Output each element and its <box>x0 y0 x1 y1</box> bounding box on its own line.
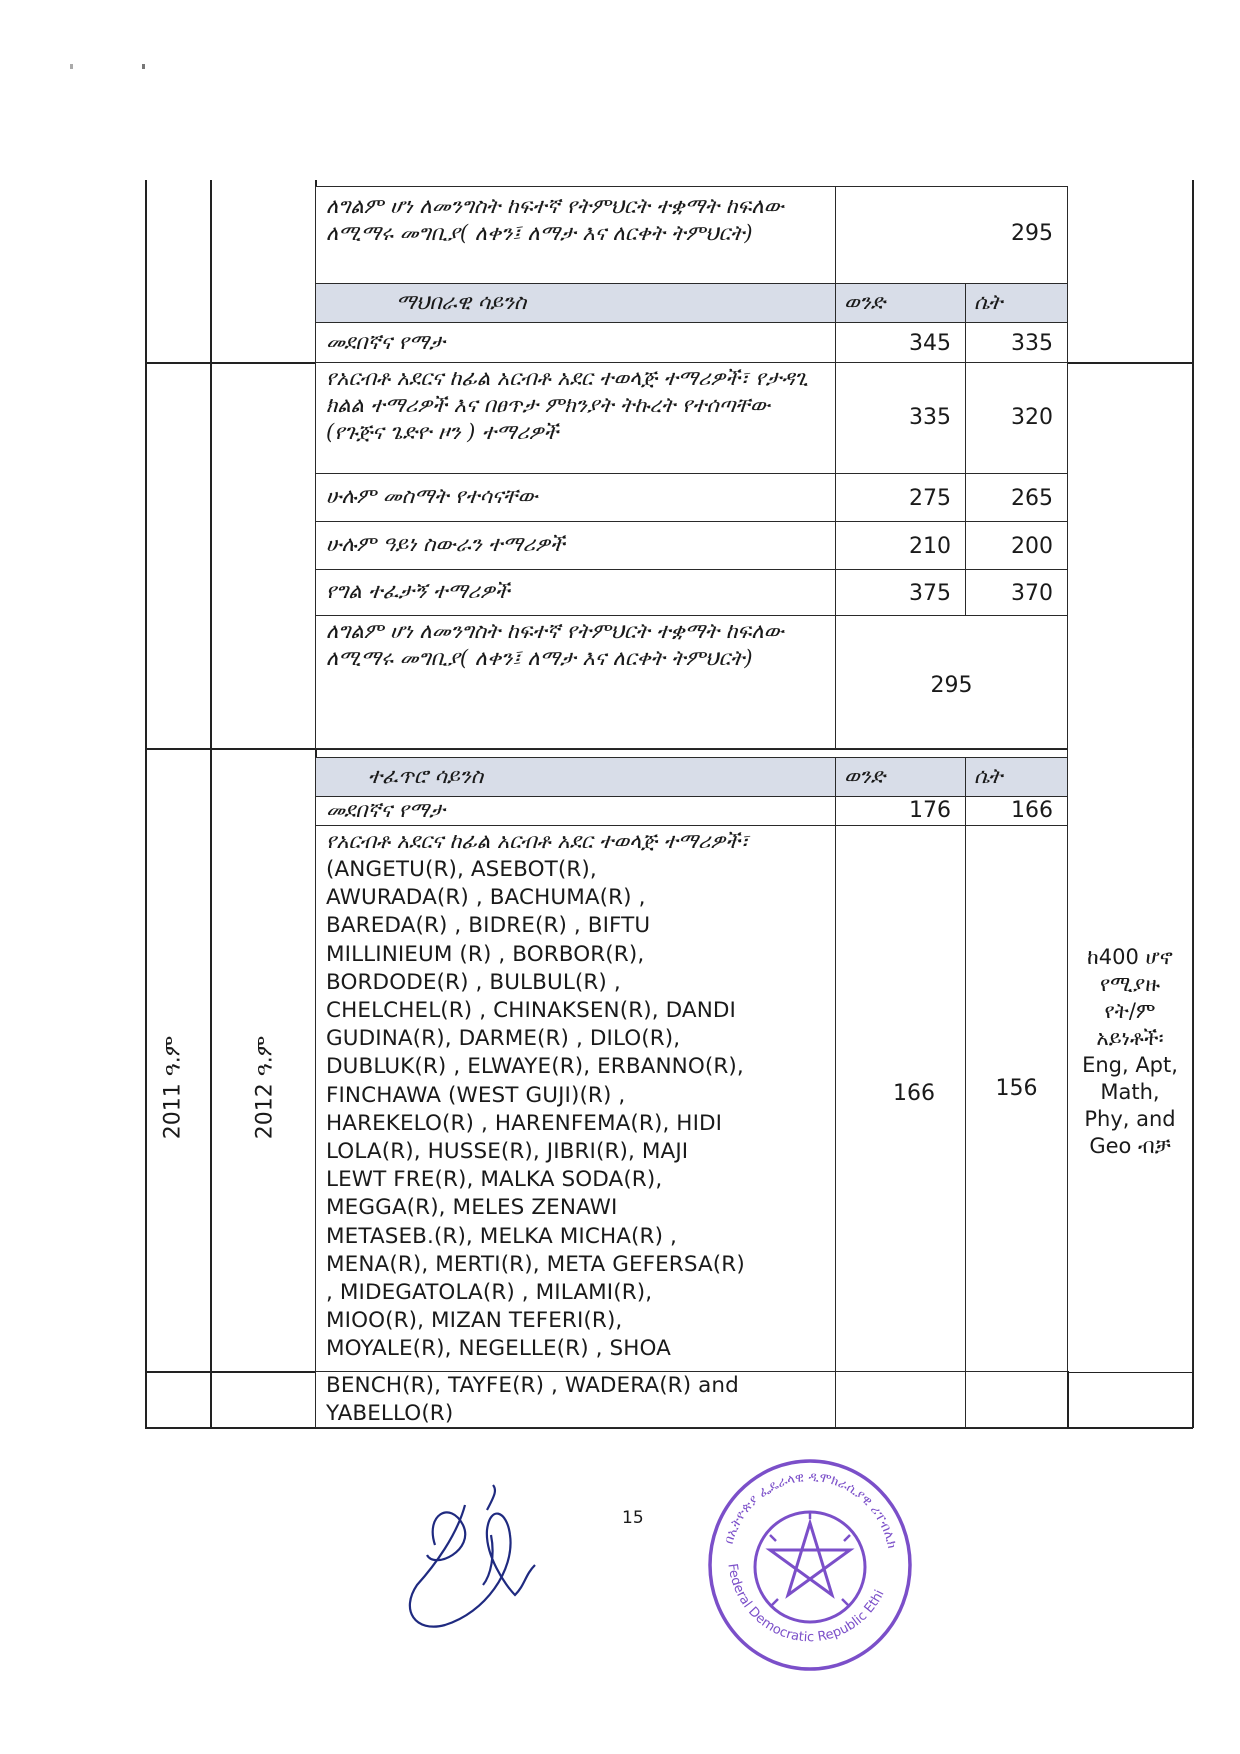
table-cell-male: 375 <box>835 569 966 616</box>
row-label: የአርብቶ አደርና ከፊል አርብቶ አደር ተወላጅ ተማሪዎች፣ የታዳጊ… <box>326 365 831 446</box>
section-title: ማህበራዊ ሳይንስ <box>396 289 526 316</box>
row-label: የግል ተፈታኝ ተማሪዎች <box>326 578 510 605</box>
table-row-label: መደበኛና የማታ <box>315 322 837 363</box>
col-male-label: ወንድ <box>844 763 885 790</box>
table-cell-male: 275 <box>835 473 966 522</box>
table-row-label: የግል ተፈታኝ ተማሪዎች <box>315 569 837 616</box>
list-line: HAREKELO(R) , HARENFEMA(R), HIDI <box>326 1110 836 1138</box>
list-line: Geo ብቻ <box>1068 1133 1192 1160</box>
table-border-left <box>145 180 147 1428</box>
list-line: ከ400 ሆኖ <box>1068 944 1192 971</box>
private-public-value: 295 <box>836 673 1067 698</box>
pastoral-label: የአርብቶ አደርና ከፊል አርብቶ አደር ተወላጅ ተማሪዎች፣ <box>326 828 831 855</box>
female-value: 320 <box>1011 405 1053 430</box>
table-row-label: መደበኛና የማታ <box>315 796 837 826</box>
list-line: Eng, Apt, <box>1068 1052 1192 1079</box>
row-label: መደበኛና የማታ <box>326 797 445 824</box>
male-value: 166 <box>893 1081 935 1106</box>
table-cell-male-empty <box>835 1371 966 1428</box>
table-cell-male: 210 <box>835 521 966 570</box>
list-line: MEGGA(R), MELES ZENAWI <box>326 1194 836 1222</box>
table-cell-female-empty <box>965 1371 1068 1428</box>
pastoral-schools-list-continued: BENCH(R), TAYFE(R) , WADERA(R) andYABELL… <box>326 1372 836 1428</box>
table-row-label: የአርብቶ አደርና ከፊል አርብቶ አደር ተወላጅ ተማሪዎች፣ የታዳጊ… <box>315 362 837 474</box>
female-value: 200 <box>1011 534 1053 559</box>
list-line: የት/ም <box>1068 998 1192 1025</box>
table-divider <box>1067 1371 1069 1428</box>
list-line: LEWT FRE(R), MALKA SODA(R), <box>326 1166 836 1194</box>
list-line: , MIDEGATOLA(R) , MILAMI(R), <box>326 1279 836 1307</box>
signature-icon <box>395 1475 575 1640</box>
row-label: ሁሉም ዓይነ ስውራን ተማሪዎች <box>326 531 565 558</box>
pastoral-schools-cell: የአርብቶ አደርና ከፊል አርብቶ አደር ተወላጅ ተማሪዎች፣ (ANG… <box>315 825 837 1372</box>
private-public-label-cell: ለግልም ሆነ ለመንግስት ከፍተኛ የትምህርት ተቋማት ከፍለው ለሚማ… <box>315 186 837 284</box>
table-row-label: ሁሉም መስማት የተሳናቸው <box>315 473 837 522</box>
male-value: 275 <box>909 486 951 511</box>
year-label-2011: 2011 ዓ.ም <box>161 1033 186 1143</box>
male-value: 375 <box>909 581 951 606</box>
male-value: 345 <box>909 331 951 356</box>
private-public-value: 295 <box>1011 221 1053 246</box>
row-label: መደበኛና የማታ <box>326 329 445 356</box>
section-header-social-science: ማህበራዊ ሳይንስ <box>315 283 837 323</box>
private-public-value-cell: 295 <box>835 615 1068 749</box>
list-line: CHELCHEL(R) , CHINAKSEN(R), DANDI <box>326 997 836 1025</box>
list-line: Phy, and <box>1068 1106 1192 1133</box>
table-cell-male: 176 <box>835 796 966 826</box>
female-value: 156 <box>966 1076 1067 1101</box>
list-line: MIOO(R), MIZAN TEFERI(R), <box>326 1307 836 1335</box>
private-public-value-cell: 295 <box>835 186 1068 284</box>
list-line: FINCHAWA (WEST GUJI)(R) , <box>326 1082 836 1110</box>
list-line: LOLA(R), HUSSE(R), JIBRI(R), MAJI <box>326 1138 836 1166</box>
list-line: አይነቶች፡ <box>1068 1025 1192 1052</box>
list-line: MENA(R), MERTI(R), META GEFERSA(R) <box>326 1251 836 1279</box>
list-line: DUBLUK(R) , ELWAYE(R), ERBANNO(R), <box>326 1053 836 1081</box>
list-line: Math, <box>1068 1079 1192 1106</box>
col-header-male: ወንድ <box>835 283 966 323</box>
male-value: 210 <box>909 534 951 559</box>
col-male-label: ወንድ <box>844 289 885 316</box>
table-cell-female: 166 <box>965 796 1068 826</box>
remark-text: ከ400 ሆኖየሚያዙየት/ምአይነቶች፡Eng, Apt,Math,Phy, … <box>1068 944 1192 1160</box>
female-value: 335 <box>1011 331 1053 356</box>
table-cell-female: 370 <box>965 569 1068 616</box>
list-line: METASEB.(R), MELKA MICHA(R) , <box>326 1223 836 1251</box>
col-female-label: ሴት <box>974 763 1002 790</box>
list-line: MILLINIEUM (R) , BORBOR(R), <box>326 941 836 969</box>
table-cell-female: 335 <box>965 322 1068 363</box>
list-line: GUDINA(R), DARME(R) , DILO(R), <box>326 1025 836 1053</box>
year-label-2012: 2012 ዓ.ም <box>253 1033 278 1143</box>
pastoral-schools-list: (ANGETU(R), ASEBOT(R),AWURADA(R) , BACHU… <box>326 856 836 1364</box>
page-number: 15 <box>622 1508 644 1528</box>
private-public-label-cell: ለግልም ሆነ ለመንግስት ከፍተኛ የትምህርት ተቋማት ከፍለው ለሚማ… <box>315 615 837 749</box>
scan-mark <box>70 64 73 69</box>
private-public-label: ለግልም ሆነ ለመንግስት ከፍተኛ የትምህርት ተቋማት ከፍለው ለሚማ… <box>326 193 826 247</box>
table-cell-male: 166 <box>835 825 966 1372</box>
col-header-male: ወንድ <box>835 757 966 797</box>
pastoral-schools-continued-cell: BENCH(R), TAYFE(R) , WADERA(R) andYABELL… <box>315 1371 837 1428</box>
section-header-natural-science: ተፈጥሮ ሳይንስ <box>315 757 837 797</box>
list-line: AWURADA(R) , BACHUMA(R) , <box>326 884 836 912</box>
section-title: ተፈጥሮ ሳይንስ <box>368 763 483 790</box>
list-line: YABELLO(R) <box>326 1400 836 1428</box>
male-value: 335 <box>909 405 951 430</box>
list-line: (ANGETU(R), ASEBOT(R), <box>326 856 836 884</box>
table-cell-male: 345 <box>835 322 966 363</box>
female-value: 166 <box>1011 798 1053 823</box>
ministry-stamp-icon: በኢትዮጵያ ፌዴራላዊ ዲሞክራሲያዊ ሪፐብሊክ Federal Democ… <box>700 1455 920 1675</box>
list-line: የሚያዙ <box>1068 971 1192 998</box>
table-cell-female: 200 <box>965 521 1068 570</box>
col-female-label: ሴት <box>974 289 1002 316</box>
table-cell-female: 156 <box>965 825 1068 1372</box>
female-value: 265 <box>1011 486 1053 511</box>
table-border-year-divider <box>210 180 212 1428</box>
table-row-label: ሁሉም ዓይነ ስውራን ተማሪዎች <box>315 521 837 570</box>
list-line: BORDODE(R) , BULBUL(R) , <box>326 969 836 997</box>
col-header-female: ሴት <box>965 757 1068 797</box>
list-line: BENCH(R), TAYFE(R) , WADERA(R) and <box>326 1372 836 1400</box>
table-cell-female: 265 <box>965 473 1068 522</box>
male-value: 176 <box>909 798 951 823</box>
table-cell-male: 335 <box>835 362 966 474</box>
female-value: 370 <box>1011 581 1053 606</box>
list-line: MOYALE(R), NEGELLE(R) , SHOA <box>326 1335 836 1363</box>
row-label: ሁሉም መስማት የተሳናቸው <box>326 483 538 510</box>
table-cell-female: 320 <box>965 362 1068 474</box>
scan-mark <box>142 64 145 69</box>
list-line: BAREDA(R) , BIDRE(R) , BIFTU <box>326 912 836 940</box>
private-public-label: ለግልም ሆነ ለመንግስት ከፍተኛ የትምህርት ተቋማት ከፍለው ለሚማ… <box>326 618 831 672</box>
remark-cell: ከ400 ሆኖየሚያዙየት/ምአይነቶች፡Eng, Apt,Math,Phy, … <box>1067 748 1193 1372</box>
col-header-female: ሴት <box>965 283 1068 323</box>
